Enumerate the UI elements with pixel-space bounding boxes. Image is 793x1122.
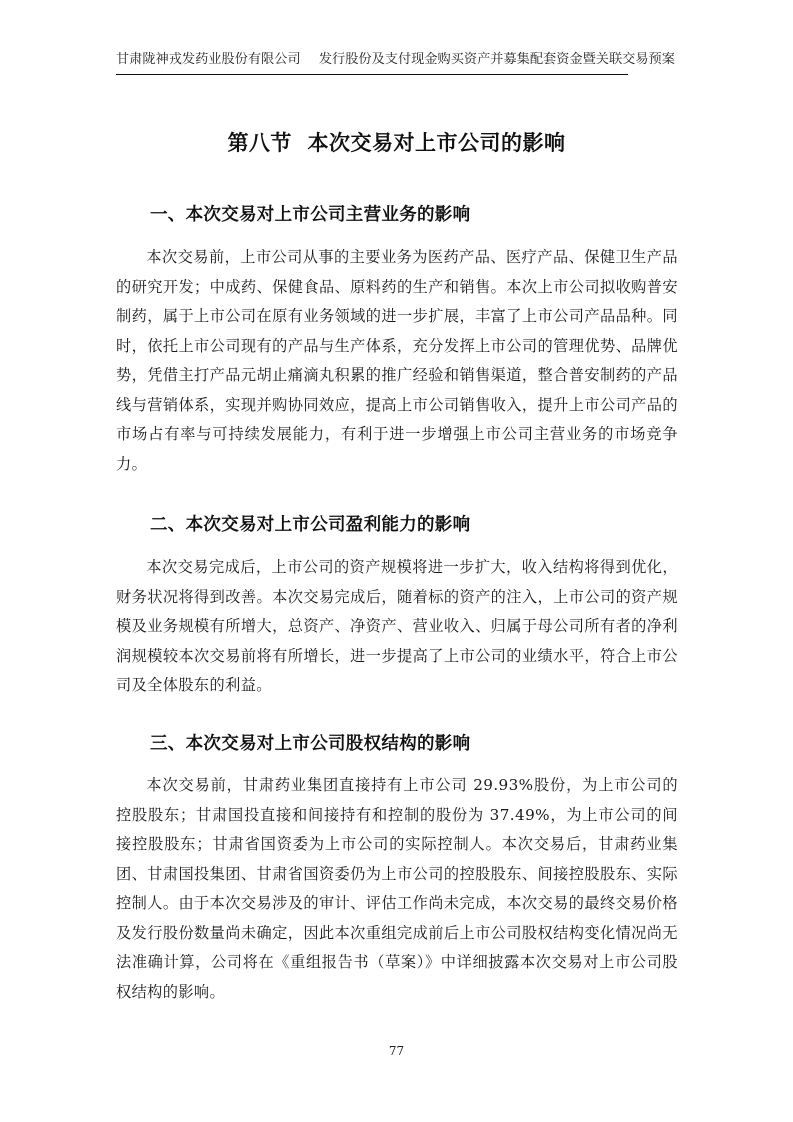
page-header: 甘肃陇神戎发药业股份有限公司 发行股份及支付现金购买资产并募集配套资金暨关联交易… xyxy=(116,50,628,75)
section-title-equity-structure: 三、本次交易对上市公司股权结构的影响 xyxy=(150,731,470,757)
section-title-main-business: 一、本次交易对上市公司主营业务的影响 xyxy=(150,202,470,228)
paragraph-profitability: 本次交易完成后，上市公司的资产规模将进一步扩大，收入结构将得到优化，财务状况将得… xyxy=(116,553,678,701)
section-title-profitability: 二、本次交易对上市公司盈利能力的影响 xyxy=(150,512,470,538)
chapter-title: 第八节 本次交易对上市公司的影响 xyxy=(0,128,793,158)
paragraph-equity-structure: 本次交易前，甘肃药业集团直接持有上市公司 29.93%股份，为上市公司的控股股东… xyxy=(116,771,678,1007)
paragraph-main-business: 本次交易前，上市公司从事的主要业务为医药产品、医疗产品、保健卫生产品的研究开发；… xyxy=(116,243,678,479)
page-number: 77 xyxy=(0,1043,793,1059)
header-company-name: 甘肃陇神戎发药业股份有限公司 xyxy=(116,52,301,67)
header-document-title: 发行股份及支付现金购买资产并募集配套资金暨关联交易预案 xyxy=(319,52,675,67)
